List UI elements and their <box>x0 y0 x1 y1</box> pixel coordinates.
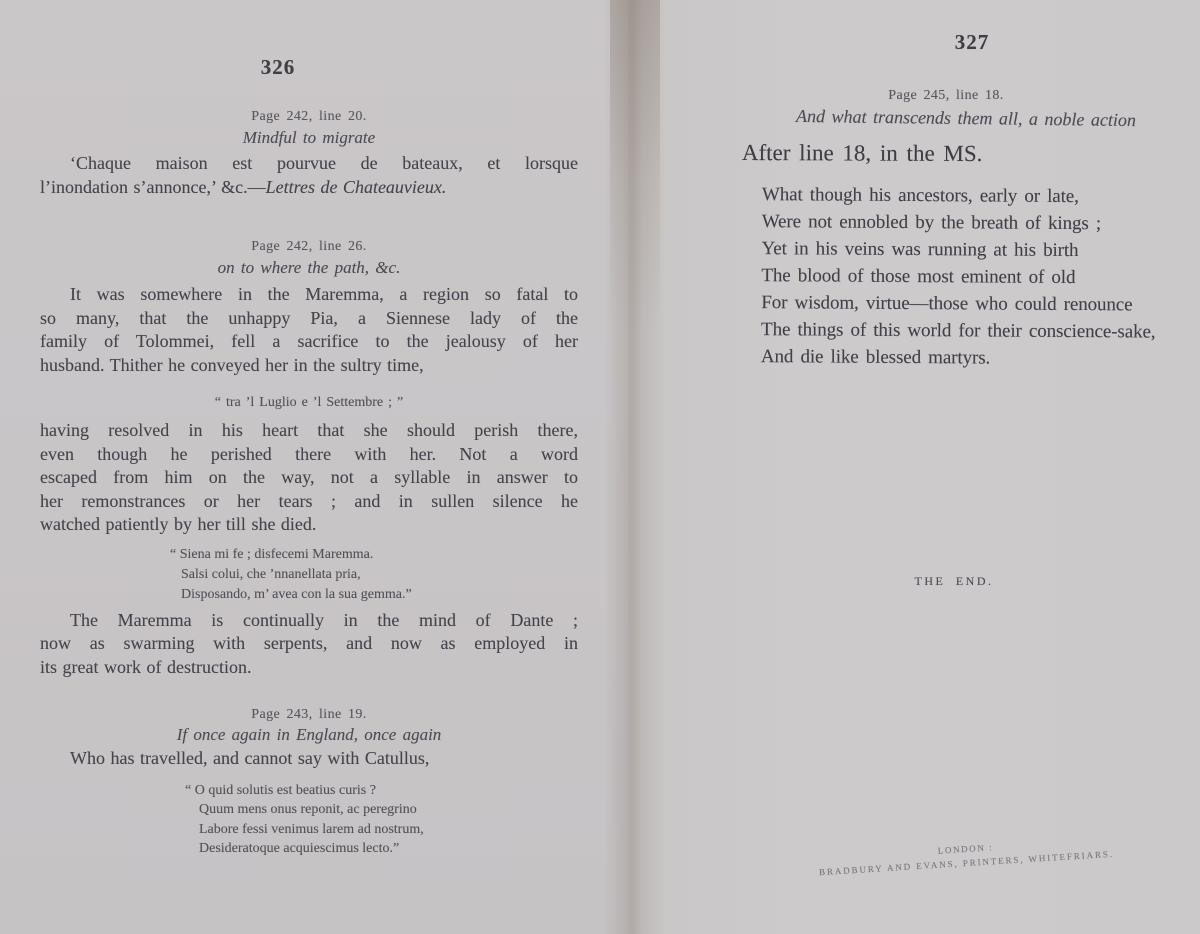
lemma-italic-heading: And what transcends them all, a noble ac… <box>742 104 1190 131</box>
verse-quote: “ O quid solutis est beatius curis ?Quum… <box>185 781 578 859</box>
text-line: Were not ennobled by the breath of kings… <box>762 208 1190 238</box>
text-line: It was somewhere in the Maremma, a regio… <box>40 283 578 307</box>
text-line: 327 <box>748 30 1196 54</box>
lemma-italic-heading: If once again in England, once again <box>40 724 578 746</box>
paragraph: having resolved in his heart that she sh… <box>40 419 578 537</box>
text-line: Desideratoque acquiescimus lecto.” <box>185 839 578 859</box>
text-line: Yet in his veins was running at his birt… <box>762 235 1190 265</box>
text-line: its great work of destruction. <box>40 656 578 680</box>
paragraph: It was somewhere in the Maremma, a regio… <box>40 283 578 377</box>
paragraph: Who has travelled, and cannot say with C… <box>40 747 578 771</box>
centered-quote: “ tra ’l Luglio e ’l Settembre ; ” <box>40 395 578 411</box>
text-line: Page 245, line 18. <box>722 87 1170 104</box>
text-line: family of Tolommei, fell a sacrifice to … <box>40 330 578 354</box>
right-page-column: 327Page 245, line 18.And what transcends… <box>742 0 1190 589</box>
text-line: “ Siena mi fe ; disfecemi Maremma. <box>170 545 578 565</box>
text-line: escaped from him on the way, not a sylla… <box>40 466 578 490</box>
text-line: Quum mens onus reponit, ac peregrino <box>185 800 578 820</box>
text-line: husband. Thither he conveyed her in the … <box>40 354 578 378</box>
text-line: And die like blessed martyrs. <box>761 343 1189 373</box>
page-ref-caption: Page 245, line 18. <box>722 87 1170 104</box>
text-line: 326 <box>9 55 547 79</box>
text-line: now as swarming with serpents, and now a… <box>40 632 578 656</box>
lemma-italic-heading: Mindful to migrate <box>40 127 578 149</box>
left-page-column: 326Page 242, line 20.Mindful to migrate‘… <box>40 0 578 859</box>
text-line: so many, that the unhappy Pia, a Siennes… <box>40 307 578 331</box>
ms-note-line: After line 18, in the MS. <box>742 137 1190 170</box>
text-line: The blood of those most eminent of old <box>761 262 1189 292</box>
text-line: If once again in England, once again <box>40 724 578 746</box>
text-line: even though he perished there with her. … <box>40 443 578 467</box>
text-line: her remonstrances or her tears ; and in … <box>40 490 578 514</box>
text-line: Who has travelled, and cannot say with C… <box>40 747 578 771</box>
text-line: Page 242, line 20. <box>40 108 578 125</box>
page-ref-caption: Page 242, line 26. <box>40 238 578 255</box>
page-number: 327 <box>748 30 1196 54</box>
text-line: The things of this world for their consc… <box>761 316 1189 346</box>
text-line: Disposando, m’ avea con la sua gemma.” <box>170 585 578 605</box>
right-page: 327Page 245, line 18.And what transcends… <box>628 0 1200 934</box>
text-line: THE END. <box>730 574 1178 589</box>
text-line: having resolved in his heart that she sh… <box>40 419 578 443</box>
left-page: 326Page 242, line 20.Mindful to migrate‘… <box>0 0 628 934</box>
text-line: “ tra ’l Luglio e ’l Settembre ; ” <box>40 395 578 411</box>
verse-quote: “ Siena mi fe ; disfecemi Maremma.Salsi … <box>170 545 578 605</box>
page-number: 326 <box>9 55 547 79</box>
text-line: watched patiently by her till she died. <box>40 513 578 537</box>
text-line: Labore fessi venimus larem ad nostrum, <box>185 820 578 840</box>
text-line: The Maremma is continually in the mind o… <box>40 609 578 633</box>
text-line: l’inondation s’annonce,’ &c.—Lettres de … <box>40 176 578 200</box>
text-line: And what transcends them all, a noble ac… <box>742 104 1190 131</box>
text-line: ‘Chaque maison est pourvue de bateaux, e… <box>40 152 578 176</box>
the-end-label: THE END. <box>730 574 1178 589</box>
text-line: Page 242, line 26. <box>40 238 578 255</box>
text-line: Salsi colui, che ’nnanellata pria, <box>170 565 578 585</box>
text-line: Page 243, line 19. <box>40 706 578 723</box>
page-ref-caption: Page 242, line 20. <box>40 108 578 125</box>
paragraph: ‘Chaque maison est pourvue de bateaux, e… <box>40 152 578 199</box>
lemma-italic-heading: on to where the path, &c. <box>40 257 578 279</box>
printer-imprint: LONDON : BRADBURY AND EVANS, PRINTERS, W… <box>742 828 1191 884</box>
text-line: on to where the path, &c. <box>40 257 578 279</box>
poem-stanza: What though his ancestors, early or late… <box>741 181 1190 373</box>
book-scan: 326Page 242, line 20.Mindful to migrate‘… <box>0 0 1200 934</box>
text-line: What though his ancestors, early or late… <box>762 181 1190 211</box>
text-line: After line 18, in the MS. <box>742 137 1190 170</box>
text-line: “ O quid solutis est beatius curis ? <box>185 781 578 801</box>
page-ref-caption: Page 243, line 19. <box>40 706 578 723</box>
text-line: For wisdom, virtue—those who could renou… <box>761 289 1189 319</box>
paragraph: The Maremma is continually in the mind o… <box>40 609 578 680</box>
text-line: Mindful to migrate <box>40 127 578 149</box>
